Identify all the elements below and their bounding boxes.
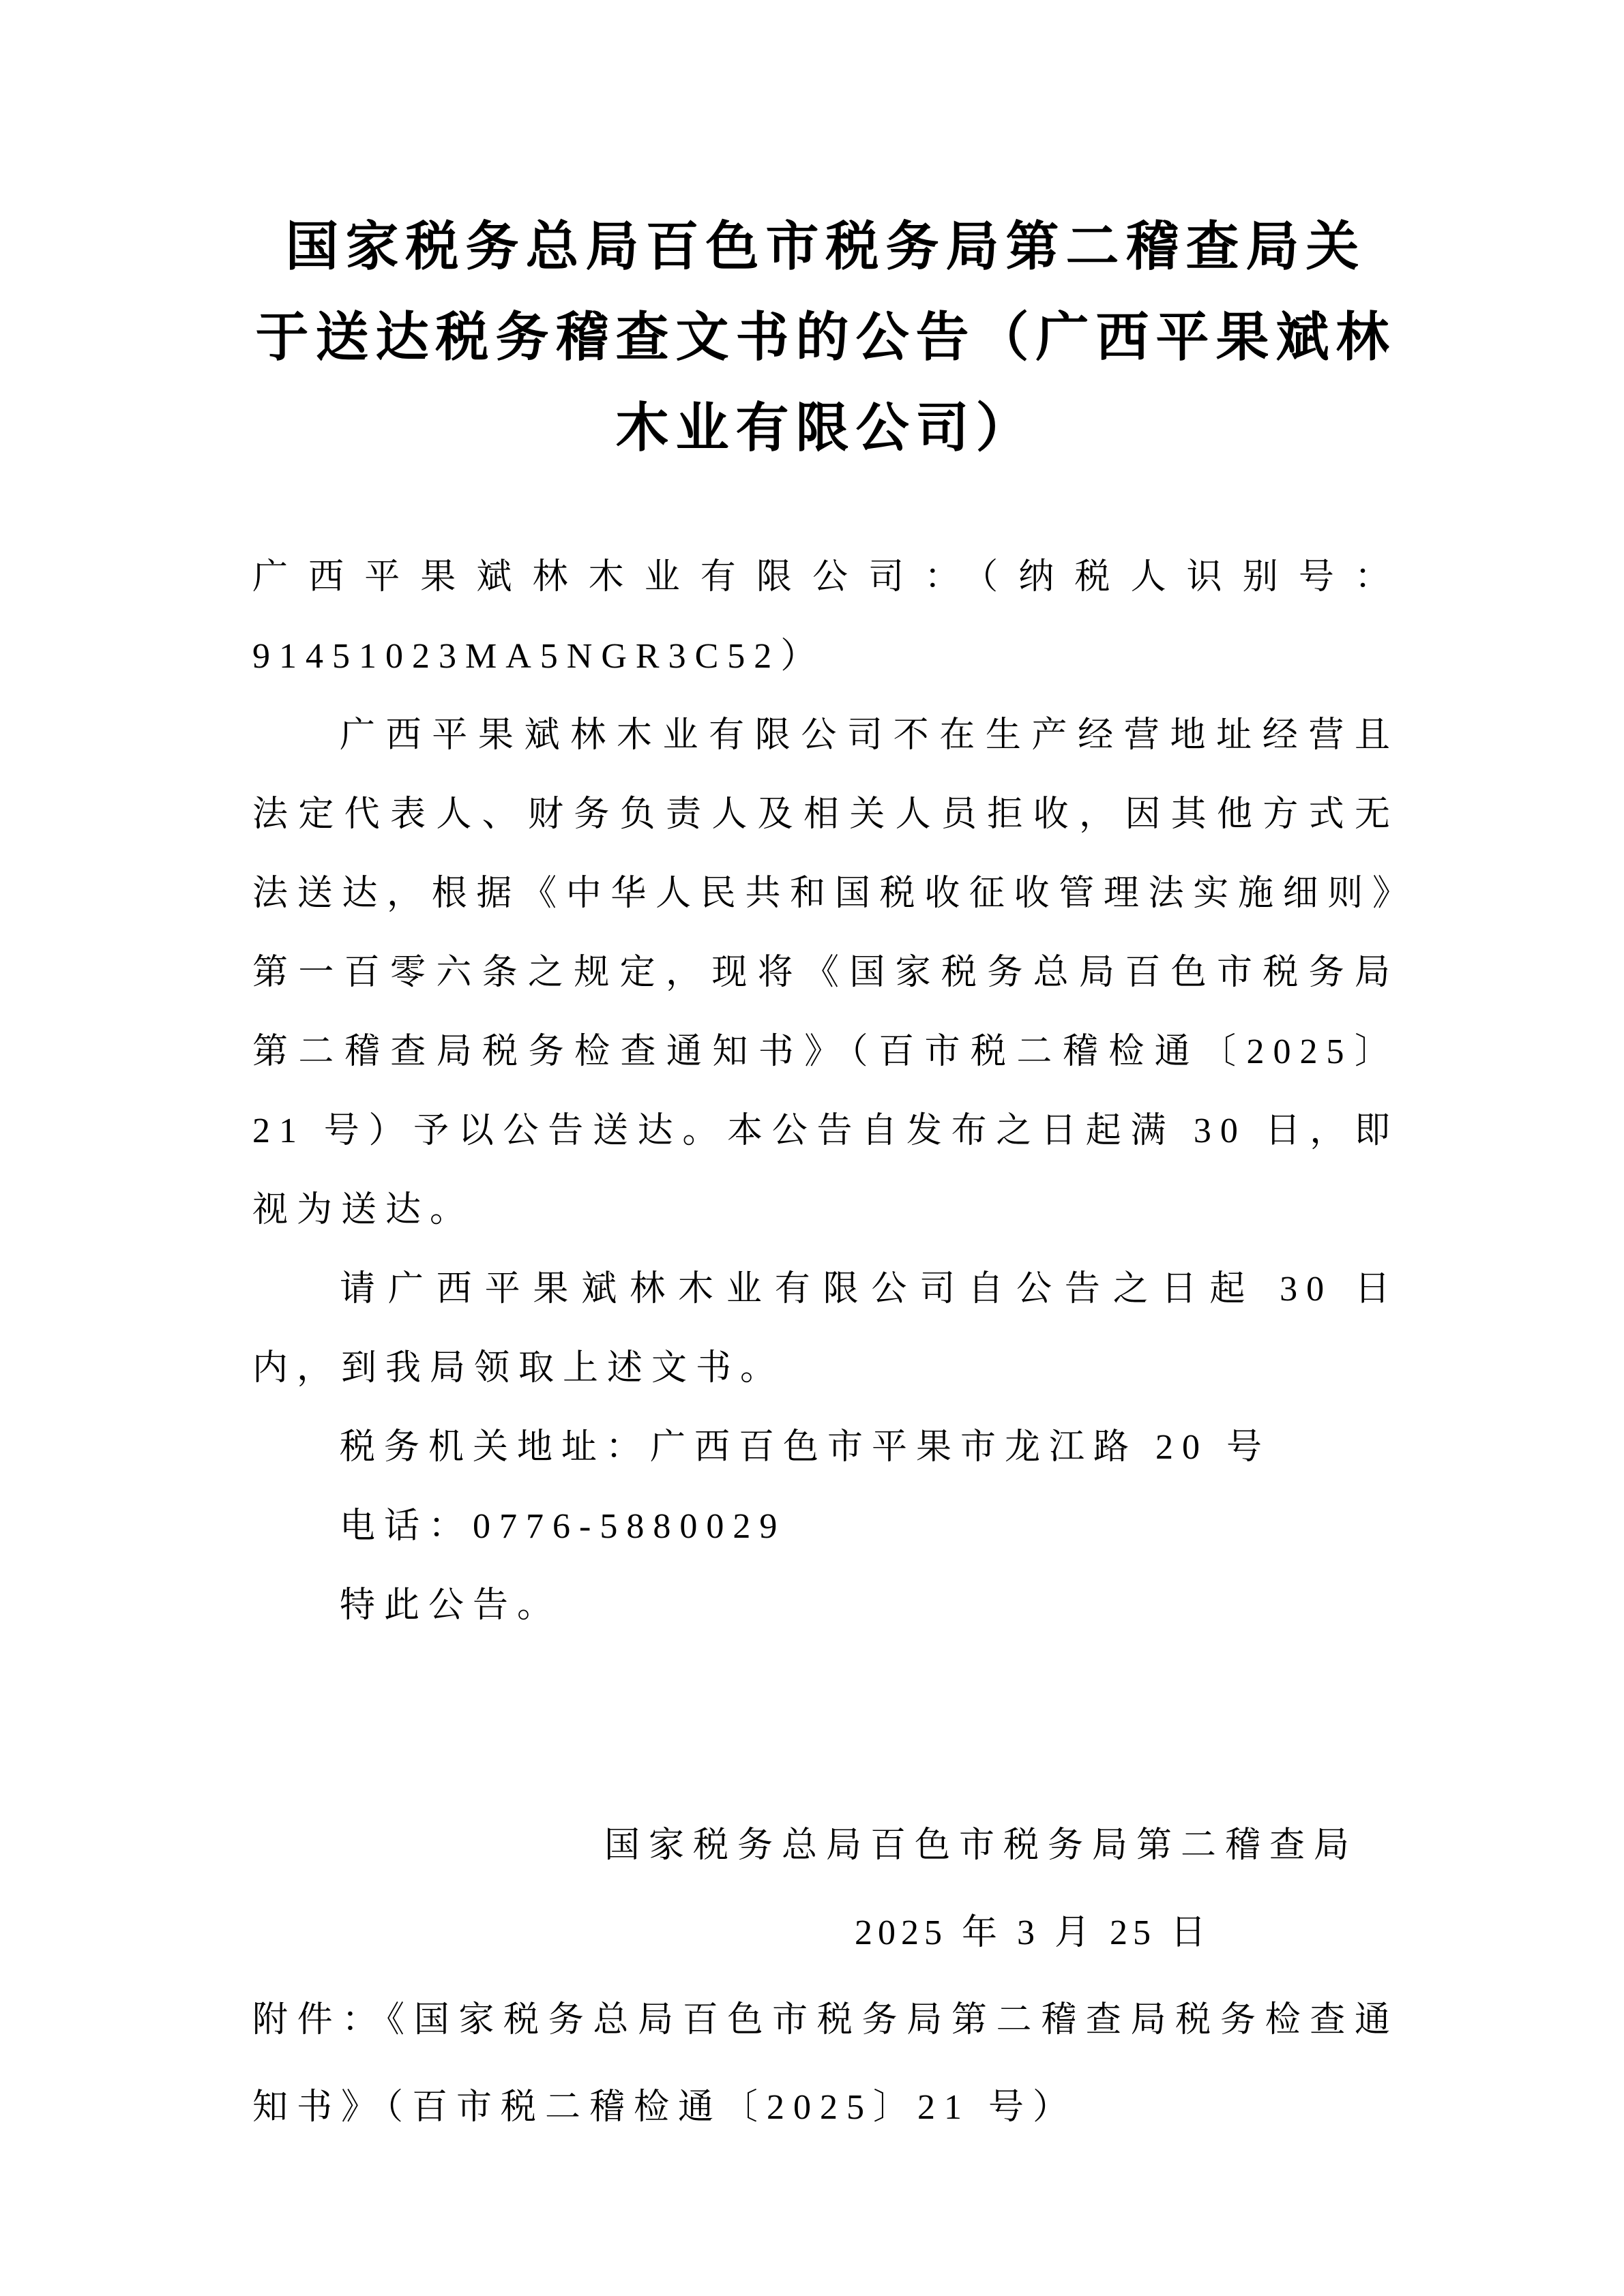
main-paragraph: 广西平果斌林木业有限公司不在生产经营地址经营且法定代表人、财务负责人及相关人员拒… — [252, 696, 1399, 1250]
page-title: 国家税务总局百色市税务局第二稽查局关 于送达税务稽查文书的公告（广西平果斌林 木… — [252, 201, 1399, 473]
issuer-name: 国家税务总局百色市税务局第二稽查局 — [252, 1802, 1399, 1890]
phone-line: 电话：0776-5880029 — [252, 1487, 1399, 1566]
document-canvas: { "page": { "title": { "line1": "国家税务总局百… — [0, 0, 1624, 2296]
title-line-1: 国家税务总局百色市税务局第二稽查局关 — [252, 201, 1399, 292]
signature-date: 2025 年 3 月 25 日 — [252, 1890, 1399, 1977]
title-line-2: 于送达税务稽查文书的公告（广西平果斌林 — [252, 292, 1399, 383]
title-line-3: 木业有限公司） — [252, 383, 1399, 473]
collect-documents-paragraph: 请广西平果斌林木业有限公司自公告之日起 30 日内，到我局领取上述文书。 — [252, 1250, 1399, 1408]
notice-body: 广西平果斌林木业有限公司：（纳税人识别号：91451023MA5NGR3C52）… — [252, 538, 1399, 1645]
closing-line: 特此公告。 — [252, 1566, 1399, 1645]
office-address-line: 税务机关地址：广西百色市平果市龙江路 20 号 — [252, 1408, 1399, 1487]
tax-notice-document: 国家税务总局百色市税务局第二稽查局关 于送达税务稽查文书的公告（广西平果斌林 木… — [0, 0, 1624, 2296]
attachment-line: 附件：《国家税务总局百色市税务局第二稽查局税务检查通知书》（百市税二稽检通〔20… — [252, 1977, 1399, 2151]
signature-block: 国家税务总局百色市税务局第二稽查局 2025 年 3 月 25 日 — [252, 1802, 1399, 1977]
recipient-line: 广西平果斌林木业有限公司：（纳税人识别号：91451023MA5NGR3C52） — [252, 538, 1399, 696]
